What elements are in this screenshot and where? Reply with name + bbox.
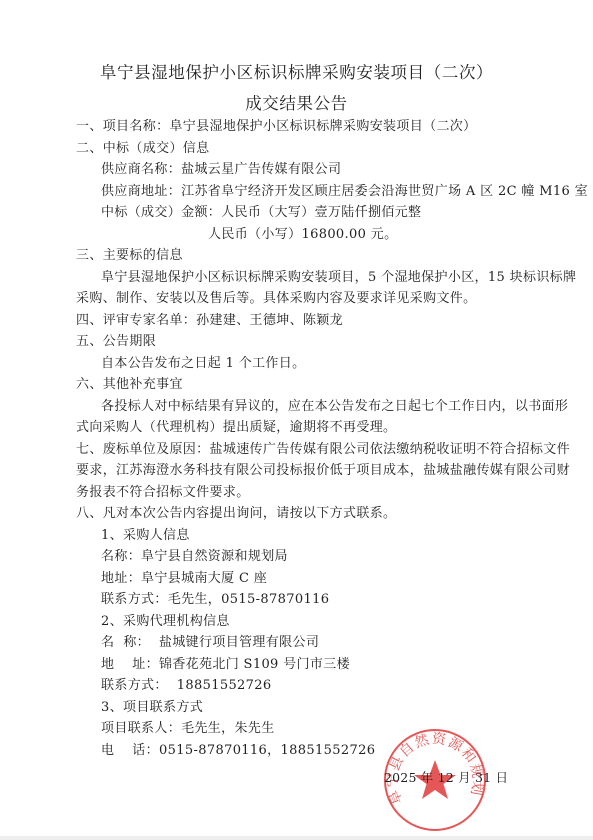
purchaser-name: 名称：阜宁县自然资源和规划局 bbox=[0, 546, 593, 568]
disqualified-line3: 务报表不符合招标文件要求。 bbox=[0, 482, 593, 504]
project-contact-person: 项目联系人：毛先生，朱先生 bbox=[0, 718, 593, 740]
award-amount-lower: 人民币（小写）16800.00 元。 bbox=[0, 224, 593, 246]
project-contact-phone: 电 话：0515-87870116，18851552726 bbox=[0, 740, 593, 762]
document-subtitle: 成交结果公告 bbox=[0, 90, 593, 114]
main-items-para-line1: 阜宁县湿地保护小区标识标牌采购安装项目，5 个湿地保护小区，15 块标识标牌 bbox=[0, 267, 593, 289]
agency-name: 名 称： 盐城键行项目管理有限公司 bbox=[0, 632, 593, 654]
agency-contact: 联系方式： 18851552726 bbox=[0, 675, 593, 697]
section-heading-award-info: 二、中标（成交）信息 bbox=[0, 138, 593, 160]
purchaser-heading: 1、采购人信息 bbox=[0, 525, 593, 547]
disqualified-line2: 要求，江苏海澄水务科技有限公司投标报价低于项目成本，盐城盐融传媒有限公司财 bbox=[0, 460, 593, 482]
section-heading-contact: 八、凡对本次公告内容提出询问，请按以下方式联系。 bbox=[0, 503, 593, 525]
disqualified-line1: 七、废标单位及原因：盐城速传广告传媒有限公司依法缴纳税收证明不符合招标文件 bbox=[0, 439, 593, 461]
notice-period-text: 自本公告发布之日起 1 个工作日。 bbox=[0, 353, 593, 375]
other-matters-para-line1: 各投标人对中标结果有异议的，应在本公告发布之日起七个工作日内，以书面形 bbox=[0, 396, 593, 418]
announcement-date: 2025 年 12 月 31 日 bbox=[384, 768, 508, 786]
purchaser-contact: 联系方式：毛先生，0515-87870116 bbox=[0, 589, 593, 611]
project-contact-heading: 3、项目联系方式 bbox=[0, 697, 593, 719]
section-heading-notice-period: 五、公告期限 bbox=[0, 331, 593, 353]
expert-list: 四、评审专家名单：孙建建、王德坤、陈颖龙 bbox=[0, 310, 593, 332]
document-title: 阜宁县湿地保护小区标识标牌采购安装项目（二次） bbox=[0, 59, 593, 83]
award-amount-upper: 中标（成交）金额：人民币（大写）壹万陆仟捌佰元整 bbox=[0, 202, 593, 224]
agency-address: 地 址：锦香花苑北门 S109 号门市三楼 bbox=[0, 654, 593, 676]
supplier-name: 供应商名称：盐城云星广告传媒有限公司 bbox=[0, 159, 593, 181]
main-items-para-line2: 采购、制作、安装以及售后等。具体采购内容及要求详见采购文件。 bbox=[0, 288, 593, 310]
document-page: 阜宁县湿地保护小区标识标牌采购安装项目（二次） 成交结果公告 一、项目名称：阜宁… bbox=[0, 0, 593, 836]
supplier-address: 供应商地址：江苏省阜宁经济开发区顾庄居委会沿海世贸广场 A 区 2C 幢 M16… bbox=[0, 181, 593, 203]
section-heading-other-matters: 六、其他补充事宜 bbox=[0, 374, 593, 396]
other-matters-para-line2: 式向采购人（代理机构）提出质疑，逾期将不再受理。 bbox=[0, 417, 593, 439]
project-name-line: 一、项目名称：阜宁县湿地保护小区标识标牌采购安装项目（二次） bbox=[0, 116, 593, 138]
agency-heading: 2、采购代理机构信息 bbox=[0, 611, 593, 633]
section-heading-main-items: 三、主要标的信息 bbox=[0, 245, 593, 267]
document-body: 一、项目名称：阜宁县湿地保护小区标识标牌采购安装项目（二次） 二、中标（成交）信… bbox=[0, 116, 593, 761]
purchaser-address: 地址：阜宁县城南大厦 C 座 bbox=[0, 568, 593, 590]
page-bottom-edge bbox=[0, 836, 593, 840]
